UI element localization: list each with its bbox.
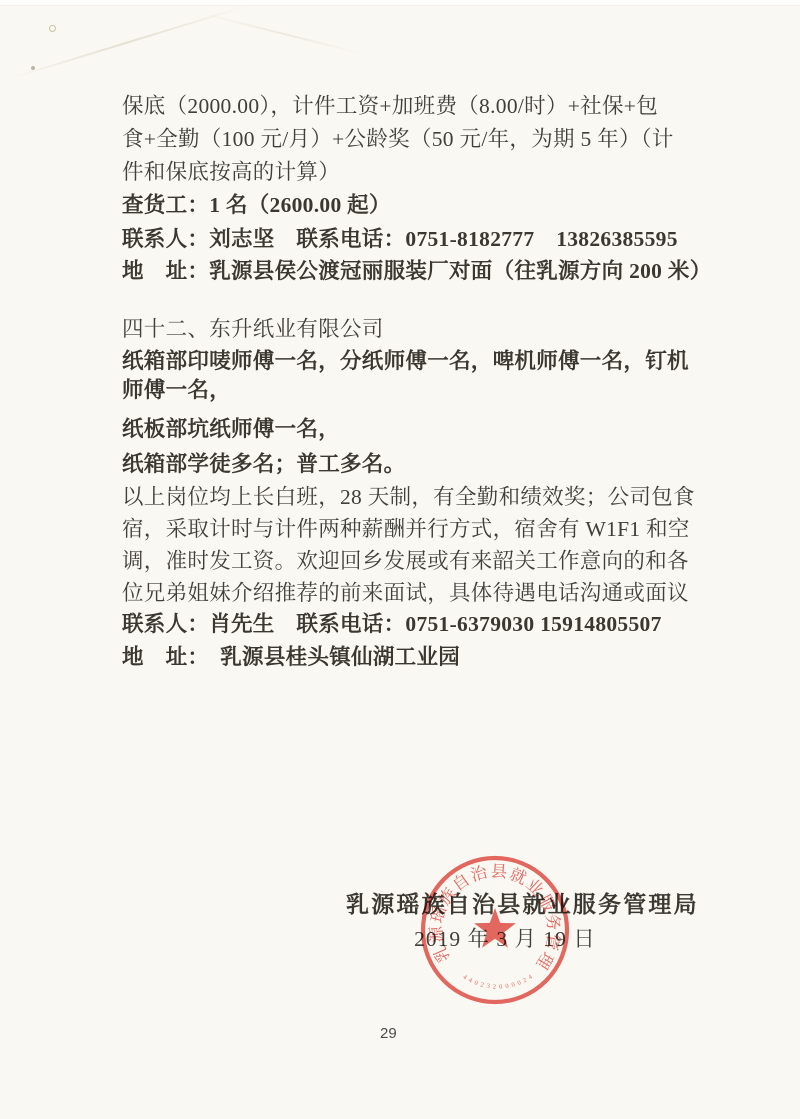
paper-crease	[8, 5, 248, 80]
job-position-line: 纸箱部学徒多名；普工多名。	[122, 451, 405, 478]
job-description-line: 调，准时发工资。欢迎回乡发展或有来韶关工作意向的和各	[122, 548, 689, 575]
section-heading: 四十二、东升纸业有限公司	[122, 316, 384, 343]
contact-person-line: 联系人：肖先生 联系电话：0751-6379030 15914805507	[122, 611, 662, 638]
page-number: 29	[380, 1025, 420, 1042]
paper-crease	[200, 12, 365, 55]
job-position-line: 查货工：1 名（2600.00 起）	[122, 192, 391, 219]
job-description-line: 位兄弟姐妹介绍推荐的前来面试，具体待遇电话沟通或面议	[122, 580, 689, 607]
job-position-line: 纸板部坑纸师傅一名，	[122, 416, 340, 443]
paper-speck	[31, 66, 35, 70]
svg-text:乳源瑶族自治县就业服务管理局: 乳源瑶族自治县就业服务管理局	[410, 845, 563, 973]
job-description-line: 以上岗位均上长白班，28 天制，有全勤和绩效奖；公司包食	[122, 484, 695, 511]
seal-ring-text: 乳源瑶族自治县就业服务管理局	[410, 845, 563, 973]
wage-text-line: 件和保底按高的计算）	[122, 159, 340, 186]
seal-star-icon	[474, 908, 516, 948]
wage-text-line: 保底（2000.00），计件工资+加班费（8.00/时）+社保+包	[122, 93, 658, 120]
scan-edge-strip	[0, 0, 800, 6]
job-description-line: 宿，采取计时与计件两种薪酬并行方式，宿舍有 W1F1 和空	[122, 516, 690, 543]
address-line: 地 址：乳源县侯公渡冠丽服装厂对面（往乳源方向 200 米）	[122, 258, 712, 285]
contact-person-line: 联系人：刘志坚 联系电话：0751-8182777 13826385595	[122, 226, 678, 253]
scanned-document-page: 保底（2000.00），计件工资+加班费（8.00/时）+社保+包 食+全勤（1…	[0, 0, 800, 1119]
job-position-line: 师傅一名，	[122, 377, 231, 404]
job-position-line: 纸箱部印唛师傅一名，分纸师傅一名，啤机师傅一名，钉机	[122, 348, 689, 375]
paper-speck	[49, 25, 56, 32]
official-seal-stamp: 乳源瑶族自治县就业服务管理局 4402320000246	[410, 845, 580, 1015]
wage-text-line: 食+全勤（100 元/月）+公龄奖（50 元/年，为期 5 年）（计	[122, 126, 674, 153]
address-line: 地 址： 乳源县桂头镇仙湖工业园	[122, 644, 460, 671]
